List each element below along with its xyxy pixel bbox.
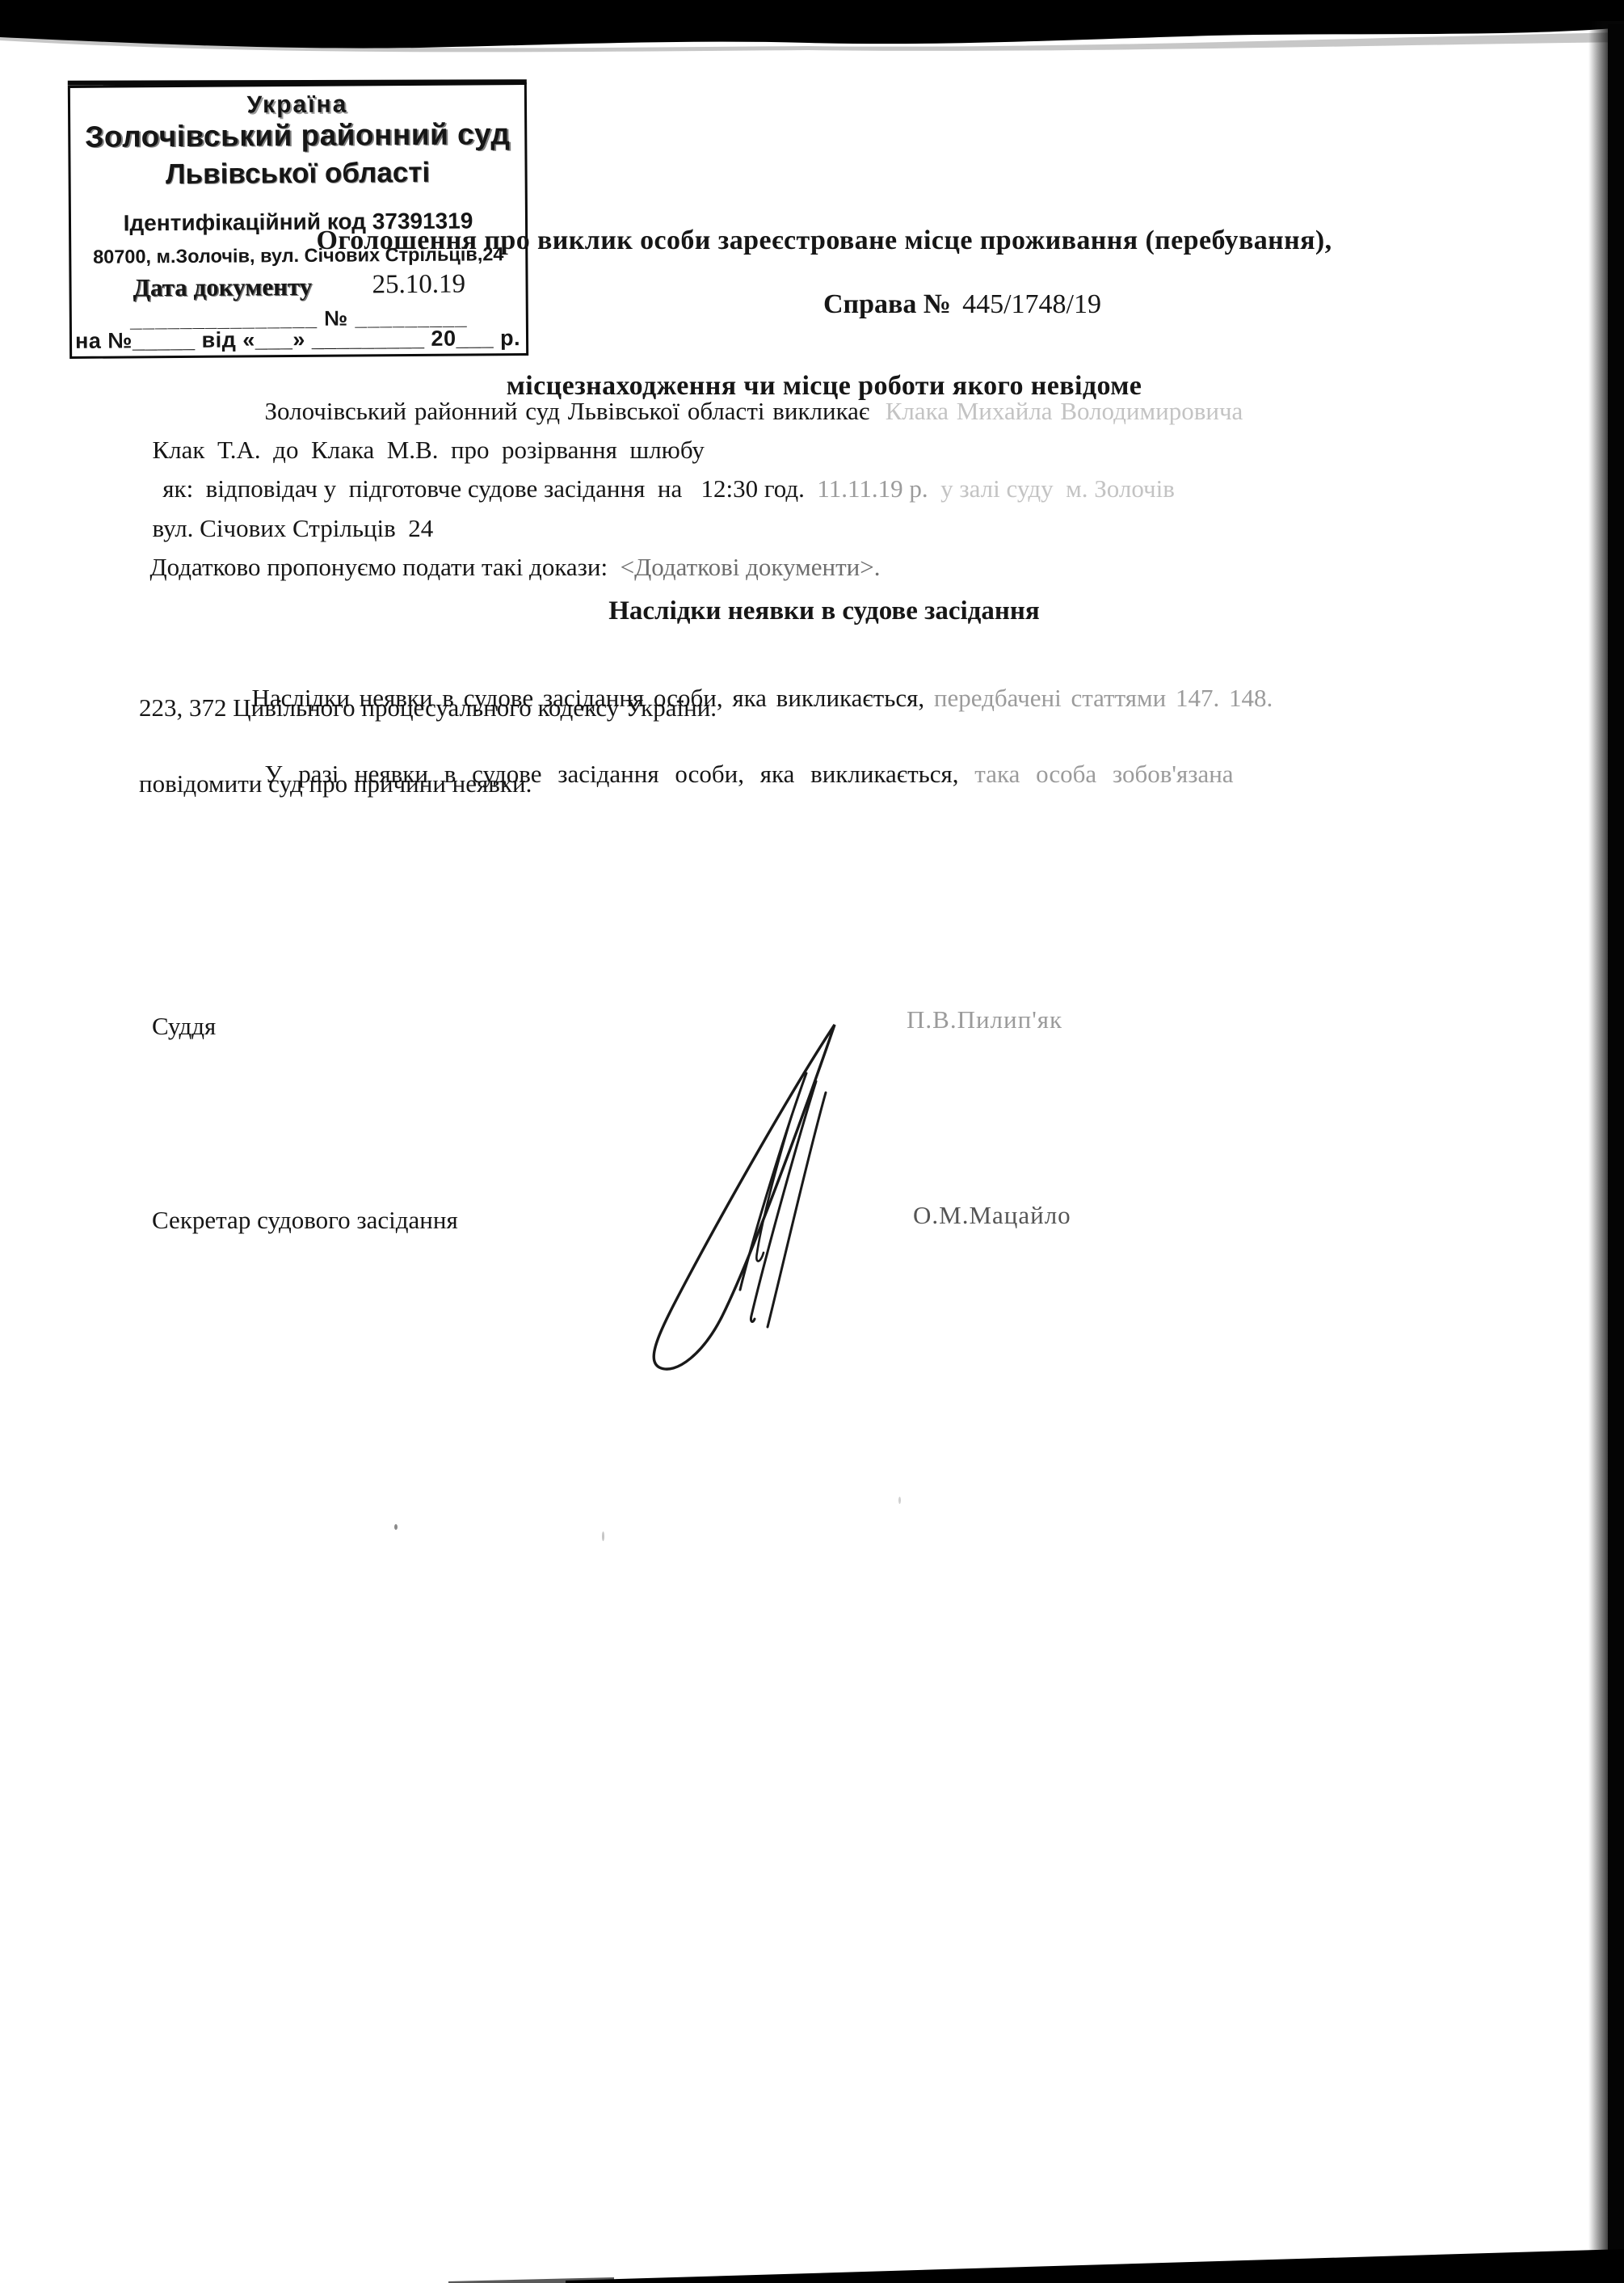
judge-name: П.В.Пилип'як (907, 1005, 1062, 1034)
scanned-court-document-page: { "document_kind": "Scanned court summon… (0, 0, 1624, 2283)
body-line-text: Додатково пропонуємо подати такі докази: (150, 553, 621, 581)
scan-speck (394, 1524, 398, 1530)
consequences-paragraph2-line2: повідомити суд про причини неявки. (139, 769, 532, 798)
judge-label: Суддя (152, 1012, 216, 1041)
consequences-heading: Наслідки неявки в судове засідання (121, 596, 1527, 626)
secretary-label: Секретар судового засідання (152, 1206, 458, 1235)
case-number-line: Справа №445/1748/19 (810, 259, 1101, 320)
body-line-text-faint: у залі суду м. Золочів (928, 474, 1175, 503)
body-line-text-mid: 11.11.19 р. (817, 474, 928, 503)
consequences-paragraph1-line2: 223, 372 Цивільного процесуального кодек… (139, 693, 717, 722)
scan-artifact-top-band (0, 0, 1624, 65)
handwritten-signature (598, 1002, 865, 1382)
body-line-text-mid: <Додаткові документи>. (621, 553, 881, 581)
paragraph-text-faint: передбачені статтями 147. 148. (934, 684, 1273, 712)
case-number-value: 445/1748/19 (962, 289, 1101, 319)
scan-artifact-right-band-core (1608, 24, 1624, 2283)
secretary-name: О.М.Мацайло (913, 1201, 1071, 1230)
paragraph-text-faint: така особа зобов'язана (974, 760, 1233, 788)
scan-speck (898, 1497, 901, 1504)
body-line-text-faint: Клака Михайла Володимировича (886, 397, 1243, 425)
scan-speck (602, 1531, 604, 1541)
document-title-line1: Оголошення про виклик особи зареєстрован… (121, 217, 1527, 265)
body-line: Додатково пропонуємо подати такі докази:… (137, 524, 880, 582)
scan-artifact-bottom-wedge (0, 2239, 1624, 2283)
stamp-country: Україна (70, 90, 524, 120)
case-number-label: Справа № (823, 289, 951, 319)
